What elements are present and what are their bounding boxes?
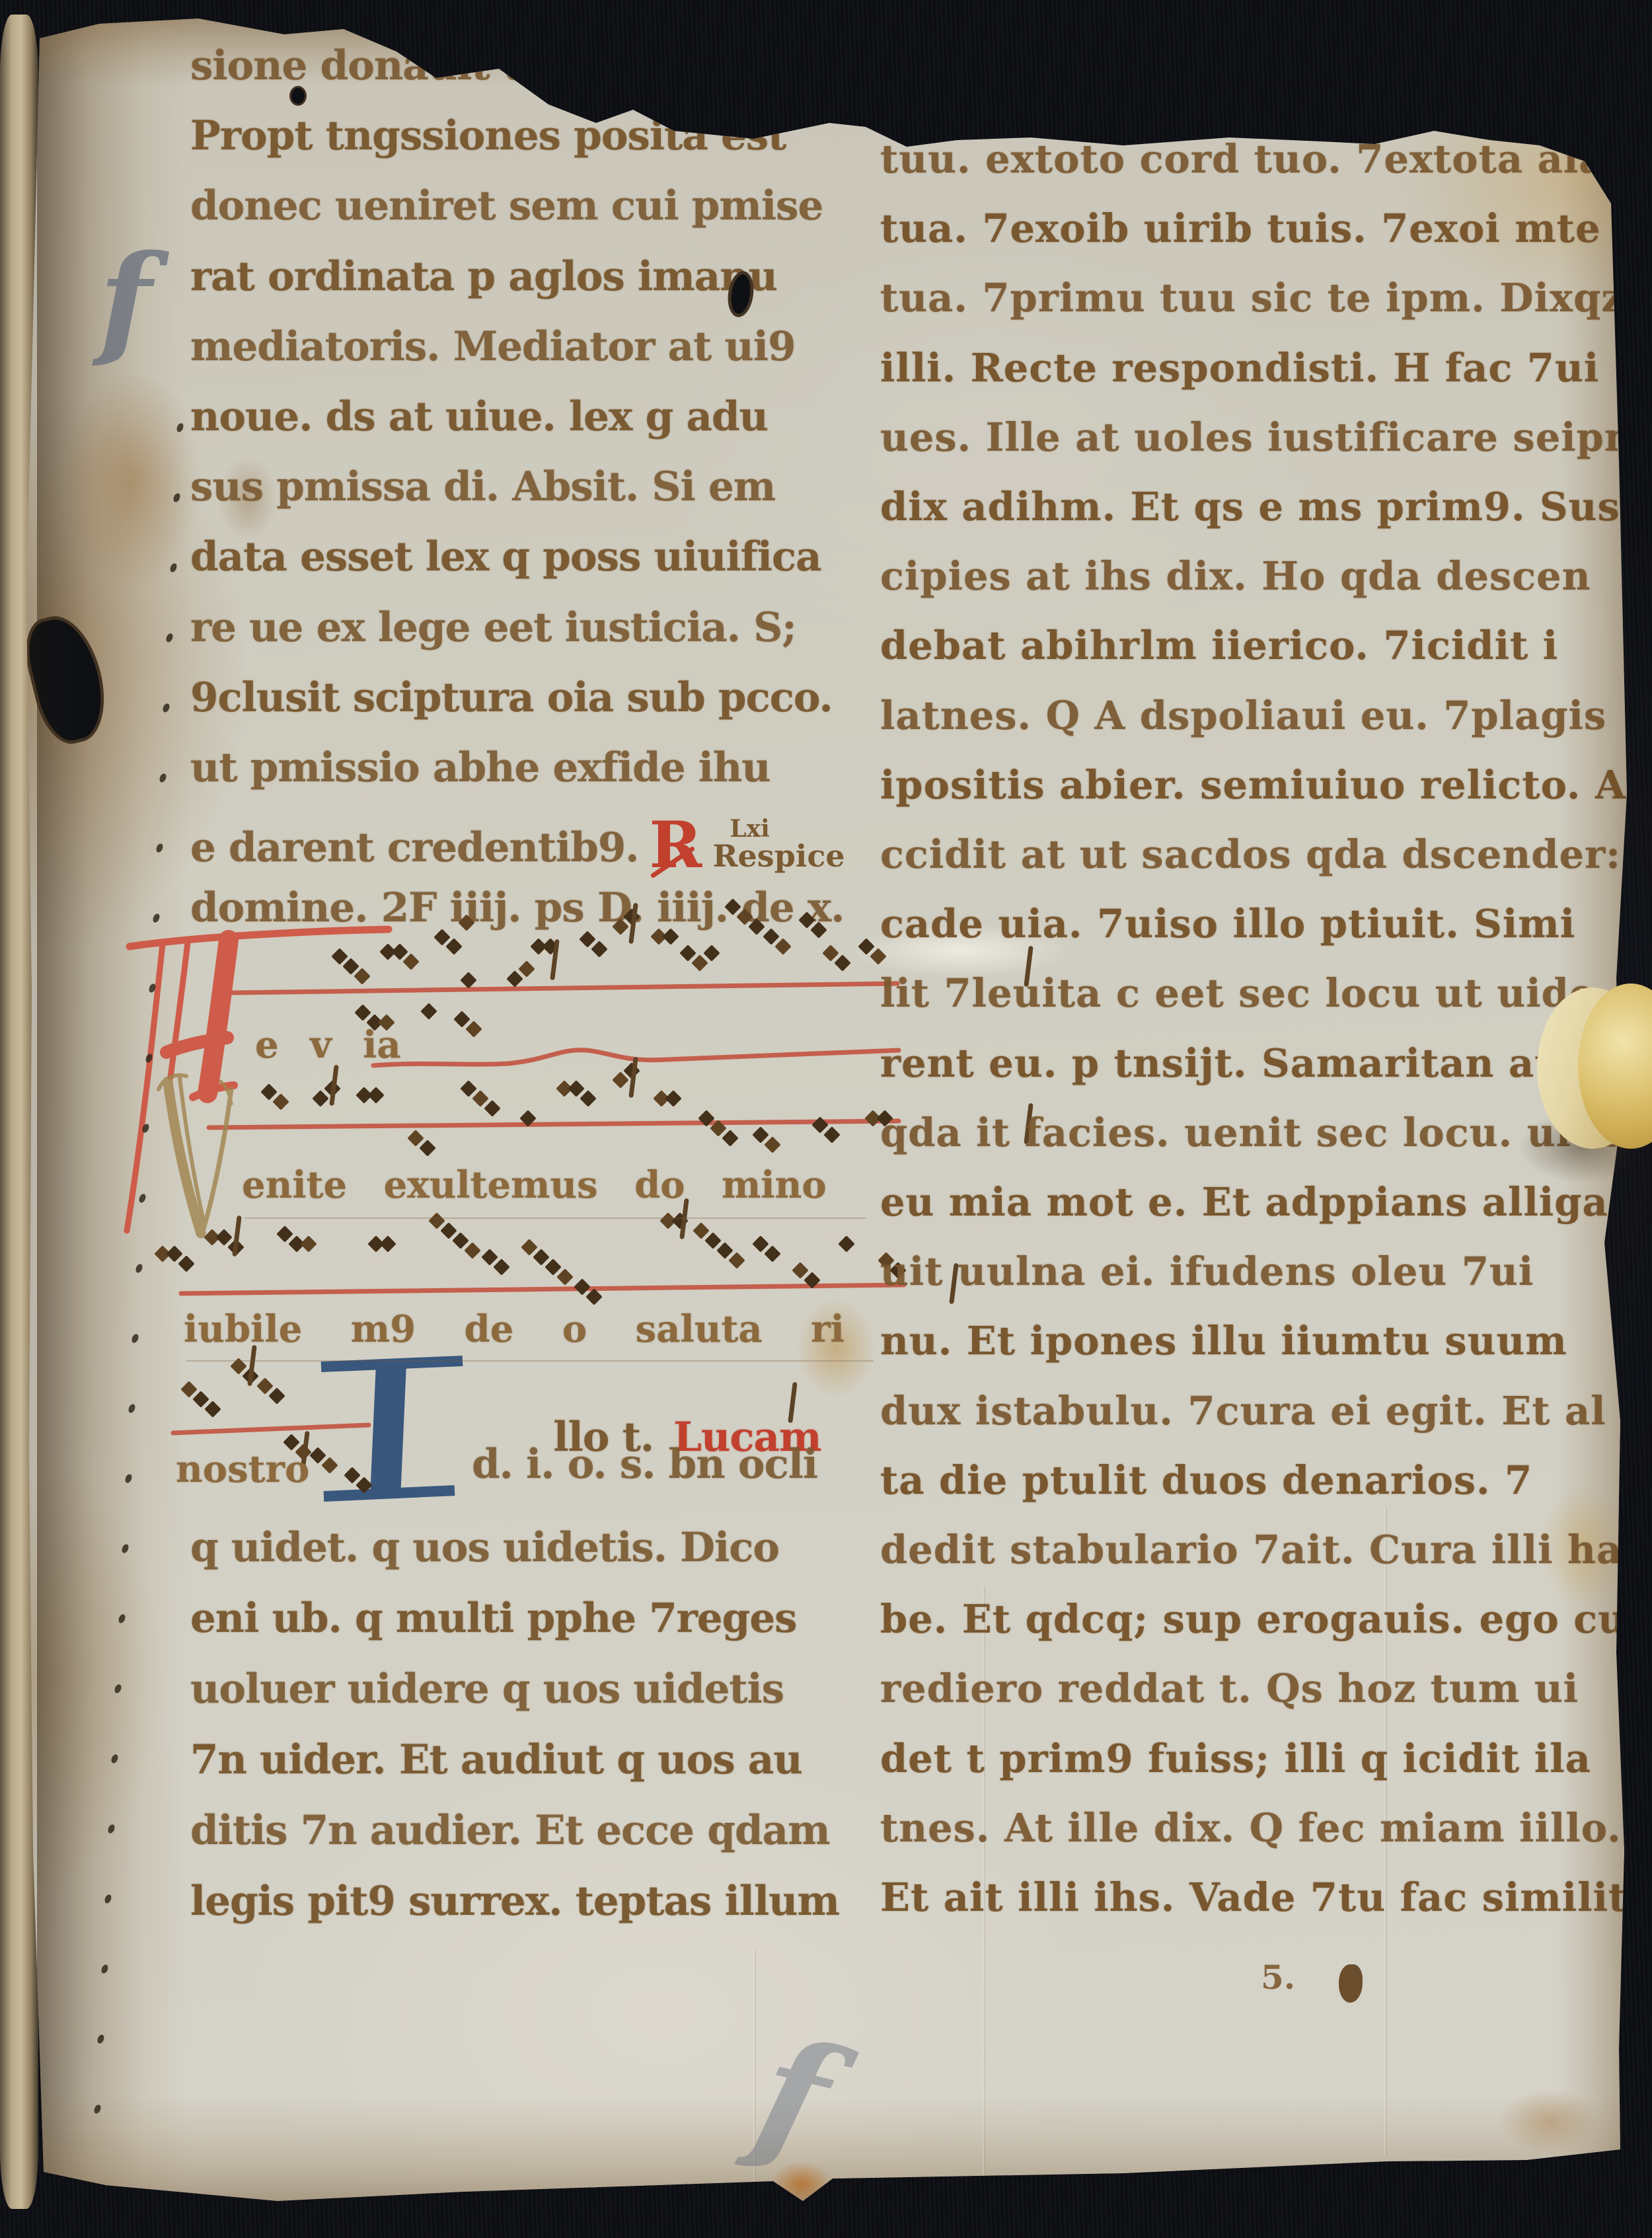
manuscript-text-line: rediero reddat t. Qs hoz tum ui [880, 1666, 1579, 1711]
manuscript-text-line: rent eu. p tnsijt. Samaritan at [880, 1040, 1553, 1086]
photo-backdrop: sione donauit us. Quo gPropt tngssiones … [0, 0, 1652, 2238]
manuscript-text-line: Et ait illi ihs. Vade 7tu fac similit [880, 1874, 1627, 1920]
parchment-hole-small [289, 86, 307, 106]
manuscript-text-line: latnes. Q A dspoliaui eu. 7plagis [880, 693, 1606, 738]
manuscript-text-line: legis pit9 surrex. teptas illum [190, 1878, 839, 1925]
manuscript-text-line: tua. 7exoib uirib tuis. 7exoi mte [880, 206, 1601, 251]
manuscript-text-line: dux istabulu. 7cura ei egit. Et al [880, 1388, 1606, 1434]
manuscript-text-line: tuu. extoto cord tuo. 7extota aia [880, 136, 1605, 182]
manuscript-text-line: uit uulna ei. ifudens oleu 7ui [880, 1249, 1534, 1294]
manuscript-text-line: eu mia mot e. Et adppians alliga [880, 1179, 1608, 1225]
manuscript-text-line: lit 7leuita c eet sec locu ut uide [880, 970, 1595, 1016]
manuscript-text-line: 7n uider. Et audiut q uos au [190, 1736, 802, 1783]
manuscript-text-line: illi. Recte respondisti. H fac 7ui [880, 345, 1599, 391]
incipit-line-2: d. i. o. s. bn ocli [472, 1441, 817, 1488]
ink-note: 5. [1261, 1958, 1295, 1997]
manuscript-text-line: be. Et qdcq; sup erogauis. ego cu [880, 1596, 1627, 1642]
manuscript-text-line: uoluer uidere q uos uidetis [190, 1666, 784, 1713]
nostro-lyric: nostro [176, 1447, 309, 1491]
manuscript-text-line: ta die ptulit duos denarios. 7 [880, 1457, 1532, 1503]
manuscript-text-line: dedit stabulario 7ait. Cura illi ha [880, 1527, 1622, 1572]
manuscript-text-line: ccidit at ut sacdos qda dscender: [880, 831, 1621, 877]
manuscript-text-line: cipies at ihs dix. Ho qda descen [880, 553, 1591, 599]
iubile-lyric: iubile m9 de o saluta ri [184, 1307, 845, 1351]
manuscript-text-line: cade uia. 7uiso illo ptiuit. Simi [880, 901, 1575, 946]
manuscript-text-line: q uidet. q uos uidetis. Dico [190, 1524, 779, 1571]
initial-I-blue [321, 1361, 463, 1498]
ruling-line [244, 1217, 866, 1219]
manuscript-text-line: ipositis abier. semiuiuo relicto. A [880, 762, 1626, 808]
manuscript-text-line: ues. Ille at uoles iustificare seipm [880, 414, 1646, 460]
manuscript-text-line: eni ub. q multi pphe 7reges [190, 1595, 797, 1642]
manuscript-text-line: debat abihrlm iierico. 7icidit i [880, 623, 1558, 668]
alleluia-syllables: e v ia [255, 1023, 401, 1067]
ruling-line [186, 1360, 874, 1362]
brass-weight[interactable] [1537, 984, 1652, 1151]
manuscript-text-line: ditis 7n audier. Et ecce qdam [190, 1807, 830, 1854]
manuscript-text-line: tnes. At ille dix. Q fec miam iillo. [880, 1805, 1622, 1851]
manuscript-text-line: det t prim9 fuiss; illi q icidit ila [880, 1736, 1591, 1781]
manuscript-text-line: tua. 7primu tuu sic te ipm. Dixqz [880, 275, 1624, 321]
manuscript-text-line: nu. Et ipones illu iiumtu suum [880, 1318, 1567, 1364]
manuscript-page: sione donauit us. Quo gPropt tngssiones … [0, 0, 1652, 2238]
venite-lyric: enite exultemus do mino [242, 1163, 827, 1207]
pencil-mark-top: f [99, 227, 152, 371]
manuscript-text-line: dix adihm. Et qs e ms prim9. Sus [880, 484, 1620, 529]
